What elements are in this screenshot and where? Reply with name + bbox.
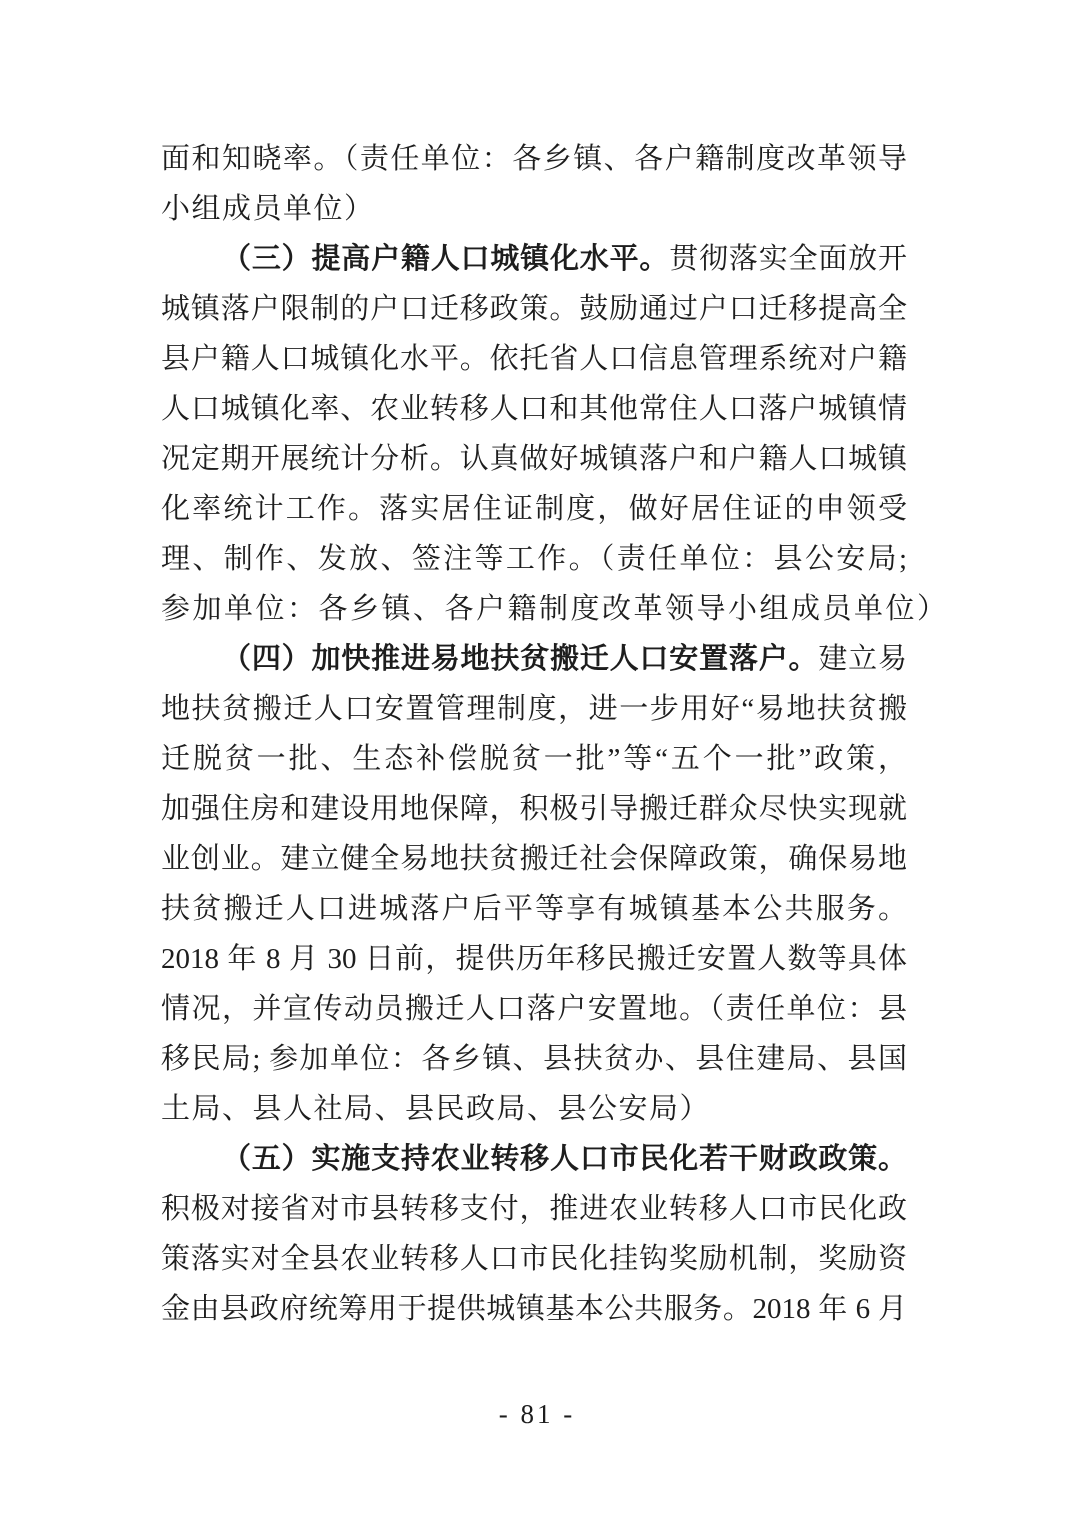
body-line: 土局、县人社局、县民政局、县公安局） xyxy=(161,1084,907,1134)
body-text: 情况，并宣传动员搬迁人口落户安置地。（责任单位：县 xyxy=(161,993,907,1025)
body-text: 积极对接省对市县转移支付，推进农业转移人口市民化政 xyxy=(161,1193,907,1225)
body-text: 面和知晓率。（责任单位：各乡镇、各户籍制度改革领导 xyxy=(161,143,907,175)
body-line: 小组成员单位） xyxy=(161,184,907,234)
body-line: 扶贫搬迁人口进城落户后平等享有城镇基本公共服务。 xyxy=(161,884,907,934)
body-line: 金由县政府统筹用于提供城镇基本公共服务。2018 年 6 月 xyxy=(161,1284,907,1334)
body-line: （五）实施支持农业转移人口市民化若干财政政策。 xyxy=(161,1134,907,1184)
body-line: 业创业。建立健全易地扶贫搬迁社会保障政策，确保易地 xyxy=(161,834,907,884)
document-page: 面和知晓率。（责任单位：各乡镇、各户籍制度改革领导 小组成员单位） （三）提高户… xyxy=(0,0,1074,1520)
body-text: 加强住房和建设用地保障，积极引导搬迁群众尽快实现就 xyxy=(161,793,907,825)
body-text: 县户籍人口城镇化水平。依托省人口信息管理系统对户籍 xyxy=(161,343,907,375)
paragraph-heading: （五）实施支持农业转移人口市民化若干财政政策。 xyxy=(222,1143,907,1175)
body-line: 参加单位：各乡镇、各户籍制度改革领导小组成员单位） xyxy=(161,584,907,634)
body-line: 迁脱贫一批、生态补偿脱贫一批”等“五个一批”政策， xyxy=(161,734,907,784)
body-line: 情况，并宣传动员搬迁人口落户安置地。（责任单位：县 xyxy=(161,984,907,1034)
body-line: 城镇落户限制的户口迁移政策。鼓励通过户口迁移提高全 xyxy=(161,284,907,334)
paragraph-heading: （三）提高户籍人口城镇化水平。 xyxy=(222,243,669,275)
body-text: 建立易 xyxy=(818,643,907,675)
body-text: 理、制作、发放、签注等工作。（责任单位：县公安局; xyxy=(161,543,907,575)
body-text: 人口城镇化率、农业转移人口和其他常住人口落户城镇情 xyxy=(161,393,907,425)
body-line: 化率统计工作。落实居住证制度，做好居住证的申领受 xyxy=(161,484,907,534)
body-text: 扶贫搬迁人口进城落户后平等享有城镇基本公共服务。 xyxy=(161,893,907,925)
page-number: - 81 - xyxy=(0,1398,1074,1430)
body-line: （三）提高户籍人口城镇化水平。贯彻落实全面放开 xyxy=(161,234,907,284)
body-line: 加强住房和建设用地保障，积极引导搬迁群众尽快实现就 xyxy=(161,784,907,834)
body-text: 况定期开展统计分析。认真做好城镇落户和户籍人口城镇 xyxy=(161,443,907,475)
body-text: 土局、县人社局、县民政局、县公安局） xyxy=(161,1093,710,1125)
body-line: 2018 年 8 月 30 日前，提供历年移民搬迁安置人数等具体 xyxy=(161,934,907,984)
body-text: 小组成员单位） xyxy=(161,193,375,225)
body-line: 面和知晓率。（责任单位：各乡镇、各户籍制度改革领导 xyxy=(161,134,907,184)
body-text: 参加单位：各乡镇、各户籍制度改革领导小组成员单位） xyxy=(161,593,949,625)
body-text: 城镇落户限制的户口迁移政策。鼓励通过户口迁移提高全 xyxy=(161,293,907,325)
body-line: （四）加快推进易地扶贫搬迁人口安置落户。建立易 xyxy=(161,634,907,684)
body-text: 策落实对全县农业转移人口市民化挂钩奖励机制，奖励资 xyxy=(161,1243,907,1275)
paragraph-heading: （四）加快推进易地扶贫搬迁人口安置落户。 xyxy=(222,643,818,675)
body-line: 移民局; 参加单位：各乡镇、县扶贫办、县住建局、县国 xyxy=(161,1034,907,1084)
body-text: 迁脱贫一批、生态补偿脱贫一批”等“五个一批”政策， xyxy=(161,743,907,775)
body-line: 地扶贫搬迁人口安置管理制度，进一步用好“易地扶贫搬 xyxy=(161,684,907,734)
body-line: 况定期开展统计分析。认真做好城镇落户和户籍人口城镇 xyxy=(161,434,907,484)
body-line: 积极对接省对市县转移支付，推进农业转移人口市民化政 xyxy=(161,1184,907,1234)
body-line: 理、制作、发放、签注等工作。（责任单位：县公安局; xyxy=(161,534,907,584)
body-line: 策落实对全县农业转移人口市民化挂钩奖励机制，奖励资 xyxy=(161,1234,907,1284)
body-line: 人口城镇化率、农业转移人口和其他常住人口落户城镇情 xyxy=(161,384,907,434)
body-text: 2018 年 8 月 30 日前，提供历年移民搬迁安置人数等具体 xyxy=(161,943,907,975)
body-text: 金由县政府统筹用于提供城镇基本公共服务。2018 年 6 月 xyxy=(161,1293,907,1325)
body-text: 化率统计工作。落实居住证制度，做好居住证的申领受 xyxy=(161,493,907,525)
document-body: 面和知晓率。（责任单位：各乡镇、各户籍制度改革领导 小组成员单位） （三）提高户… xyxy=(161,134,907,1334)
body-text: 贯彻落实全面放开 xyxy=(669,243,907,275)
body-text: 地扶贫搬迁人口安置管理制度，进一步用好“易地扶贫搬 xyxy=(161,693,907,725)
body-text: 移民局; 参加单位：各乡镇、县扶贫办、县住建局、县国 xyxy=(161,1043,907,1075)
body-text: 业创业。建立健全易地扶贫搬迁社会保障政策，确保易地 xyxy=(161,843,907,875)
body-line: 县户籍人口城镇化水平。依托省人口信息管理系统对户籍 xyxy=(161,334,907,384)
